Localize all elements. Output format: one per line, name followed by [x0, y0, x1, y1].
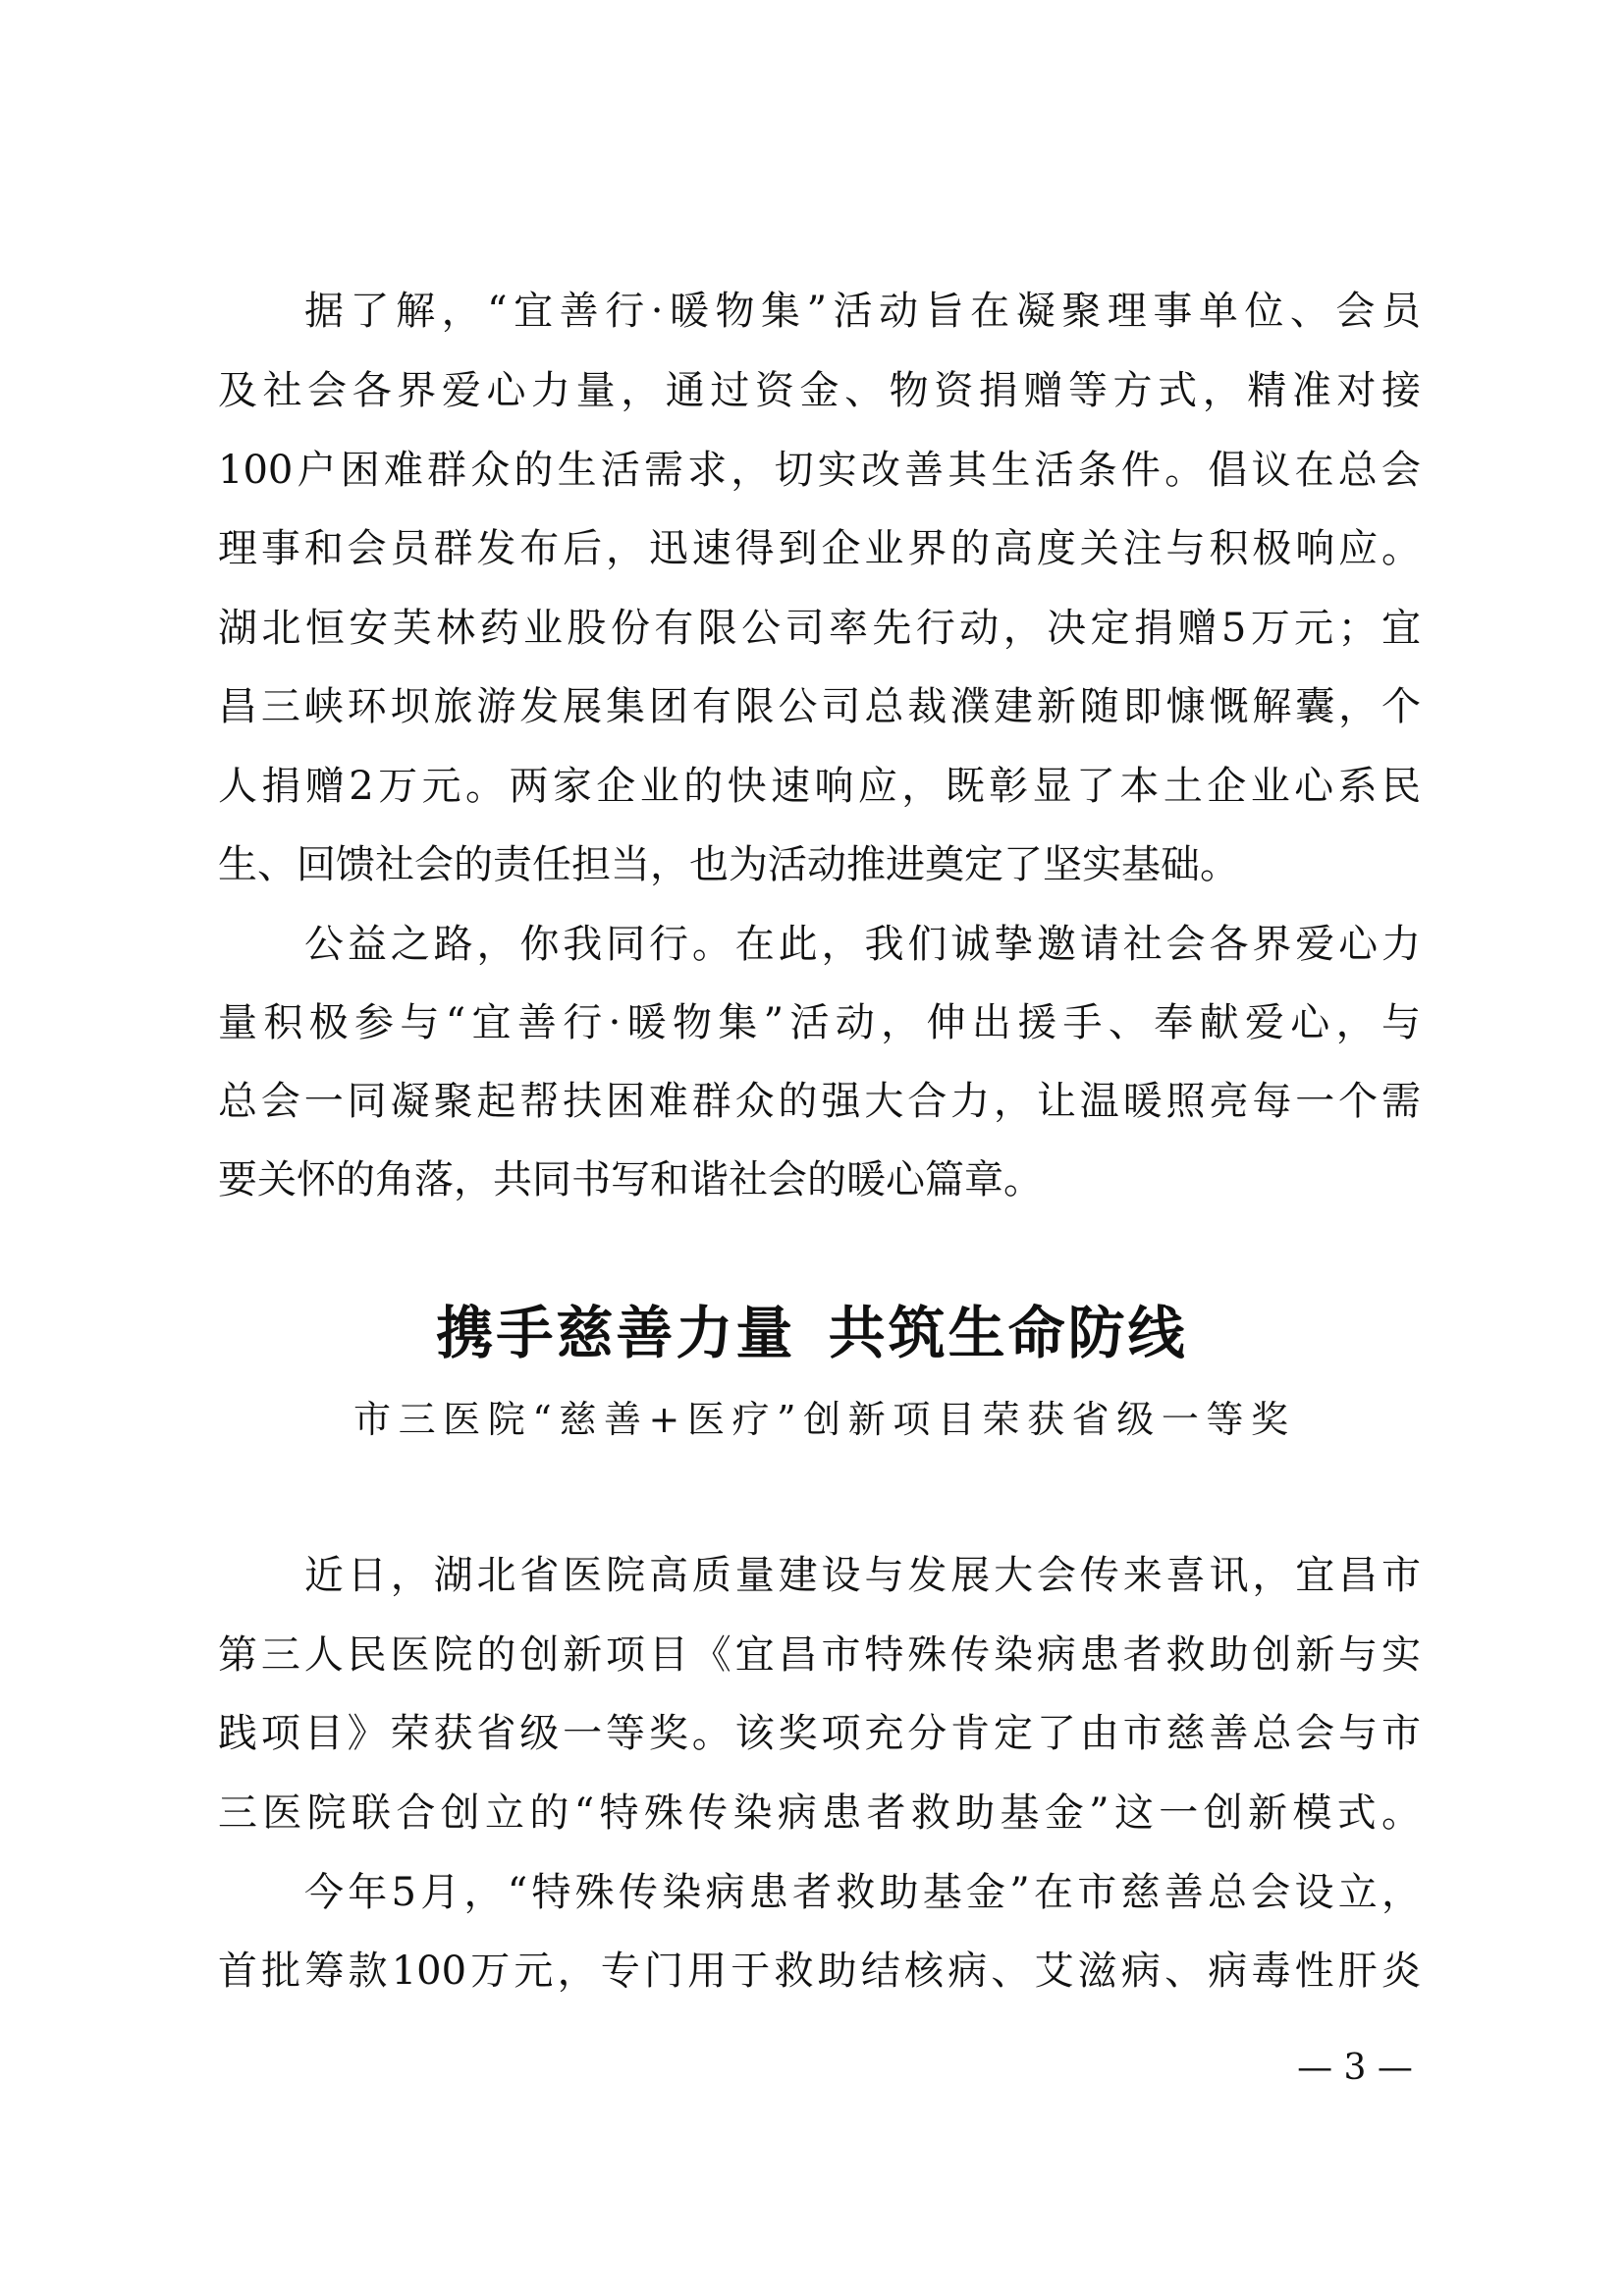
article-subtitle: 市三医院“慈善+医疗”创新项目荣获省级一等奖 [353, 1394, 1288, 1445]
body-text-line: 及社会各界爱心力量，通过资金、物资捐赠等方式，精准对接 [218, 361, 1421, 420]
body-text-line: 人捐赠2万元。两家企业的快速响应，既彰显了本土企业心系民 [218, 757, 1421, 816]
body-text-line: 首批筹款100万元，专门用于救助结核病、艾滋病、病毒性肝炎 [218, 1942, 1421, 2001]
body-text-line: 践项目》荣获省级一等奖。该奖项充分肯定了由市慈善总会与市 [218, 1704, 1421, 1763]
body-text-line: 公益之路，你我同行。在此，我们诚挚邀请社会各界爱心力 [304, 915, 1421, 974]
body-text-line: 据了解，“宜善行·暖物集”活动旨在凝聚理事单位、会员 [304, 282, 1421, 341]
body-text-line: 湖北恒安芙林药业股份有限公司率先行动，决定捐赠5万元；宜 [218, 599, 1421, 658]
body-text-line: 100户困难群众的生活需求，切实改善其生活条件。倡议在总会 [218, 441, 1421, 500]
body-text-line: 要关怀的角落，共同书写和谐社会的暖心篇章。 [218, 1150, 1421, 1209]
body-text-line: 昌三峡环坝旅游发展集团有限公司总裁濮建新随即慷慨解囊，个 [218, 677, 1421, 736]
page-number: — 3 — [1288, 2047, 1422, 2090]
article-title: 携手慈善力量 共筑生命防线 [0, 1298, 1624, 1368]
body-text-line: 量积极参与“宜善行·暖物集”活动，伸出援手、奉献爱心，与 [218, 993, 1421, 1052]
body-text-line: 近日，湖北省医院高质量建设与发展大会传来喜讯，宜昌市 [304, 1546, 1421, 1605]
body-text-line: 三医院联合创立的“特殊传染病患者救助基金”这一创新模式。 [218, 1784, 1421, 1842]
document-page: 据了解，“宜善行·暖物集”活动旨在凝聚理事单位、会员 及社会各界爱心力量，通过资… [0, 0, 1624, 2296]
body-text-line: 理事和会员群发布后，迅速得到企业界的高度关注与积极响应。 [218, 519, 1421, 578]
body-text-line: 总会一同凝聚起帮扶困难群众的强大合力，让温暖照亮每一个需 [218, 1072, 1421, 1131]
body-text-line: 今年5月，“特殊传染病患者救助基金”在市慈善总会设立， [304, 1863, 1421, 1922]
body-text-line: 第三人民医院的创新项目《宜昌市特殊传染病患者救助创新与实 [218, 1626, 1421, 1684]
body-text-line: 生、回馈社会的责任担当，也为活动推进奠定了坚实基础。 [218, 835, 1421, 894]
